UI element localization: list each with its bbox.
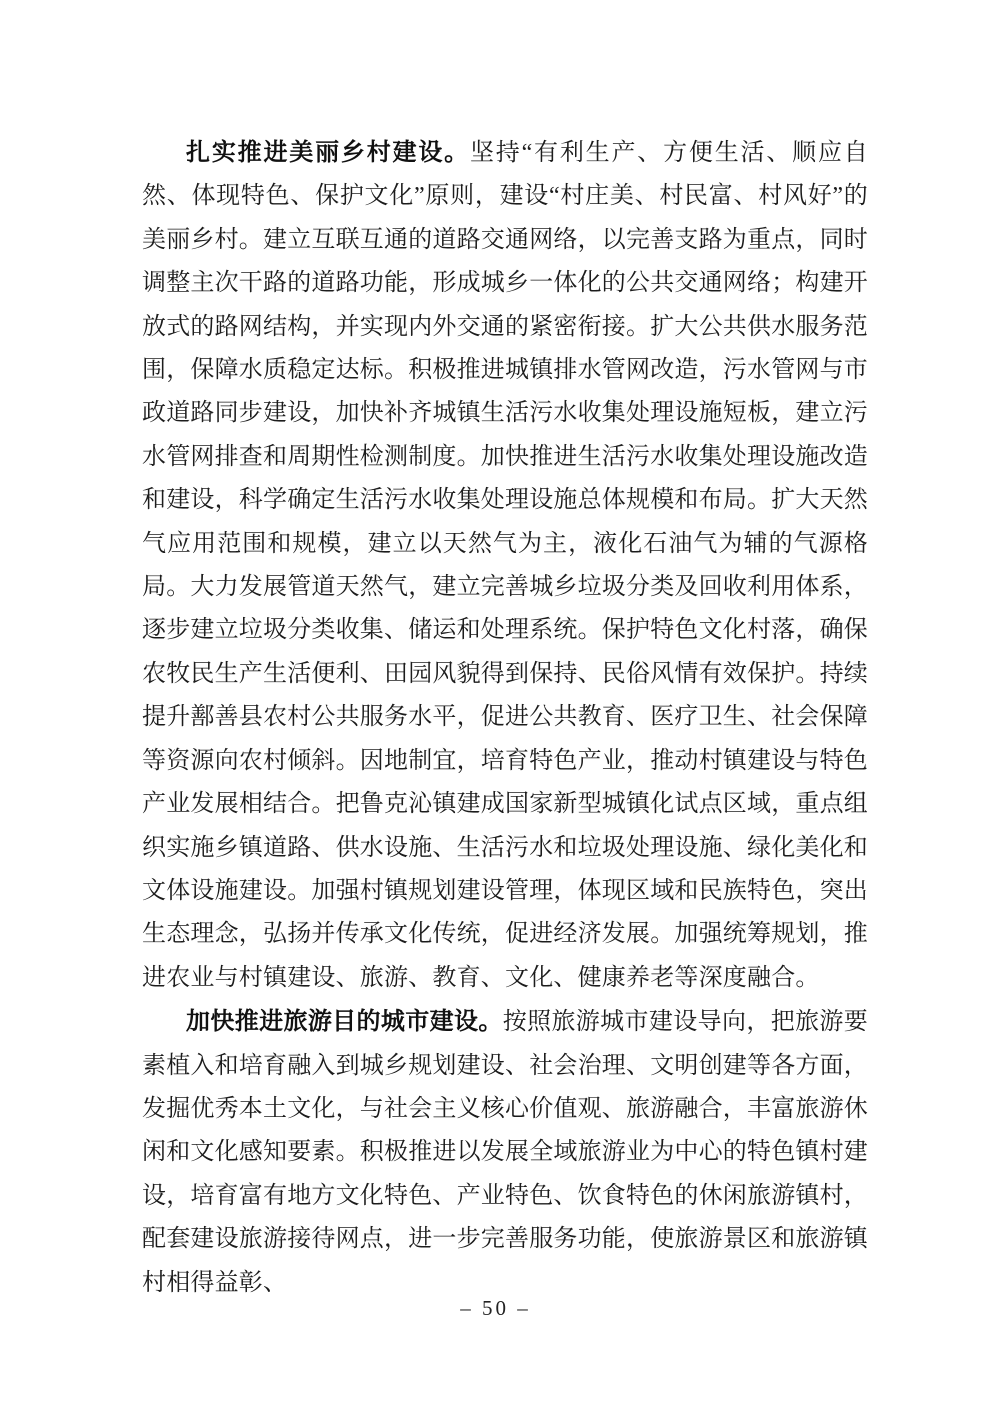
document-page: 扎实推进美丽乡村建设。坚持“有利生产、方便生活、顺应自然、体现特色、保护文化”原… — [0, 0, 991, 1403]
paragraph-text: 坚持“有利生产、方便生活、顺应自然、体现特色、保护文化”原则，建设“村庄美、村民… — [142, 140, 868, 991]
page-number: – 50 – — [460, 1296, 531, 1320]
paragraph-text: 按照旅游城市建设导向，把旅游要素植入和培育融入到城乡规划建设、社会治理、文明创建… — [142, 1009, 868, 1295]
paragraph-tourism-city: 加快推进旅游目的城市建设。按照旅游城市建设导向，把旅游要素植入和培育融入到城乡规… — [142, 1000, 868, 1305]
paragraph-heading: 扎实推进美丽乡村建设。 — [186, 139, 470, 166]
page-footer: – 50 – — [0, 1296, 991, 1321]
paragraph-rural-construction: 扎实推进美丽乡村建设。坚持“有利生产、方便生活、顺应自然、体现特色、保护文化”原… — [142, 131, 868, 1000]
paragraph-heading: 加快推进旅游目的城市建设。 — [186, 1008, 503, 1035]
document-body: 扎实推进美丽乡村建设。坚持“有利生产、方便生活、顺应自然、体现特色、保护文化”原… — [142, 131, 868, 1305]
